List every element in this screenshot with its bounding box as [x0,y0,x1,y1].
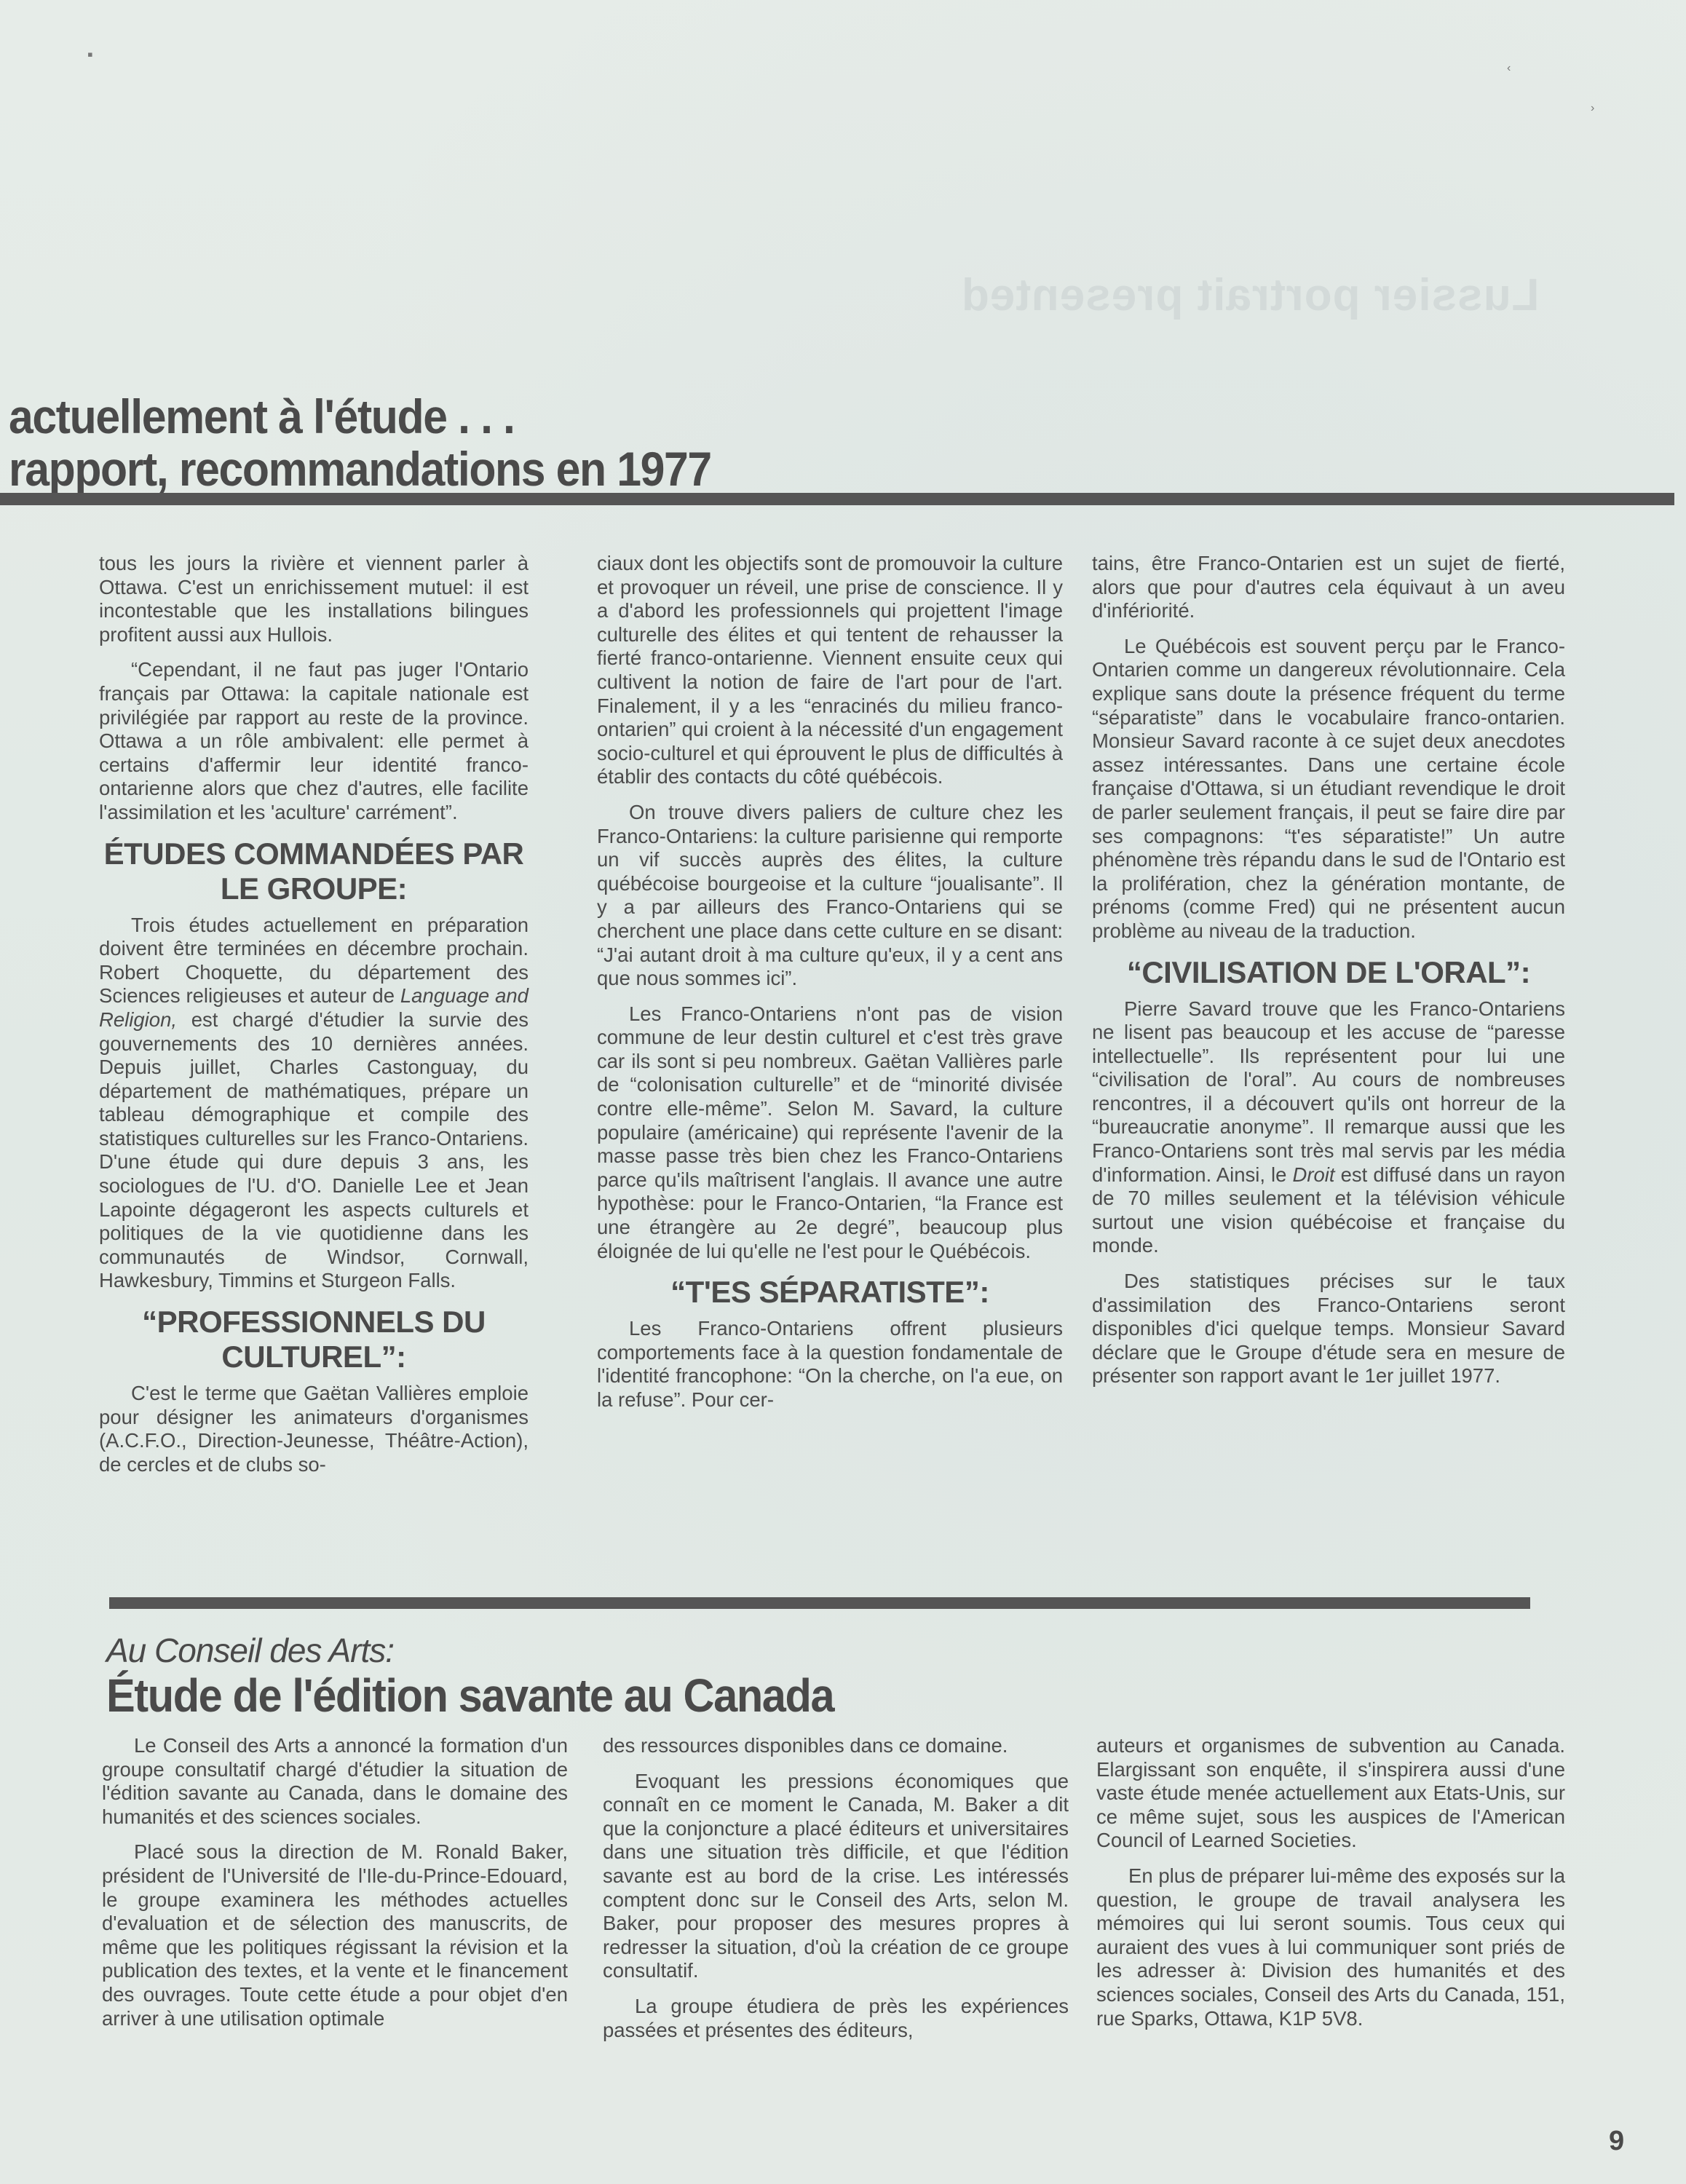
paragraph: En plus de préparer lui-même des exposés… [1096,1864,1565,2030]
section-heading: “T'ES SÉPARATISTE”: [597,1275,1063,1310]
section-heading: ÉTUDES COMMANDÉES PAR LE GROUPE: [99,836,529,906]
article1-column-3: tains, être Franco-Ontarien est un sujet… [1092,552,1565,1388]
paragraph: ciaux dont les objectifs sont de promouv… [597,552,1063,789]
article2-column-3: auteurs et organismes de subvention au C… [1096,1734,1565,2030]
paragraph: “Cependant, il ne faut pas juger l'Ontar… [99,658,529,824]
paragraph: Pierre Savard trouve que les Franco-Onta… [1092,997,1565,1259]
article-title: Étude de l'édition savante au Canada [106,1669,834,1722]
print-speck: ▪ [87,45,93,64]
newspaper-title: Droit [1292,1163,1334,1186]
section-divider-rule [109,1597,1530,1609]
headline-line-2: rapport, recommandations en 1977 [9,443,711,495]
print-speck: ‹ [1507,62,1511,75]
article-kicker: Au Conseil des Arts: [106,1631,394,1670]
paragraph: La groupe étudiera de près les expérienc… [603,1995,1069,2042]
article2-column-1: Le Conseil des Arts a annoncé la formati… [102,1734,568,2030]
reverse-side-bleed-through: Lussier portrait presented [961,269,1539,321]
paragraph: Des statistiques précises sur le taux d'… [1092,1270,1565,1388]
paragraph: Le Conseil des Arts a annoncé la formati… [102,1734,568,1829]
section-heading: “PROFESSIONNELS DU CULTUREL”: [99,1305,529,1374]
paragraph: Trois études actuellement en préparation… [99,914,529,1294]
paragraph: Evoquant les pressions économiques que c… [603,1770,1069,1983]
paragraph: auteurs et organismes de subvention au C… [1096,1734,1565,1853]
section-heading: “CIVILISATION DE L'ORAL”: [1092,955,1565,990]
paragraph: des ressources disponibles dans ce domai… [603,1734,1069,1758]
paragraph: Le Québécois est souvent perçu par le Fr… [1092,635,1565,943]
article2-column-2: des ressources disponibles dans ce domai… [603,1734,1069,2042]
paragraph: Placé sous la direction de M. Ronald Bak… [102,1840,568,2030]
paragraph: Les Franco-Ontariens n'ont pas de vision… [597,1002,1063,1264]
paragraph: C'est le terme que Gaëtan Vallières empl… [99,1382,529,1476]
page-number: 9 [1609,2126,1624,2157]
paragraph: On trouve divers paliers de culture chez… [597,801,1063,991]
headline-rule [0,493,1674,505]
paragraph: tous les jours la rivière et viennent pa… [99,552,529,646]
article-headline: actuellement à l'étude . . . rapport, re… [9,390,711,495]
article1-column-2: ciaux dont les objectifs sont de promouv… [597,552,1063,1412]
article1-column-1: tous les jours la rivière et viennent pa… [99,552,529,1476]
paragraph: tains, être Franco-Ontarien est un sujet… [1092,552,1565,623]
paragraph: Les Franco-Ontariens offrent plusieurs c… [597,1317,1063,1412]
magazine-page: Lussier portrait presented ▪ ‹ › actuell… [0,0,1686,2184]
headline-line-1: actuellement à l'étude . . . [9,390,711,443]
print-speck: › [1591,102,1594,115]
